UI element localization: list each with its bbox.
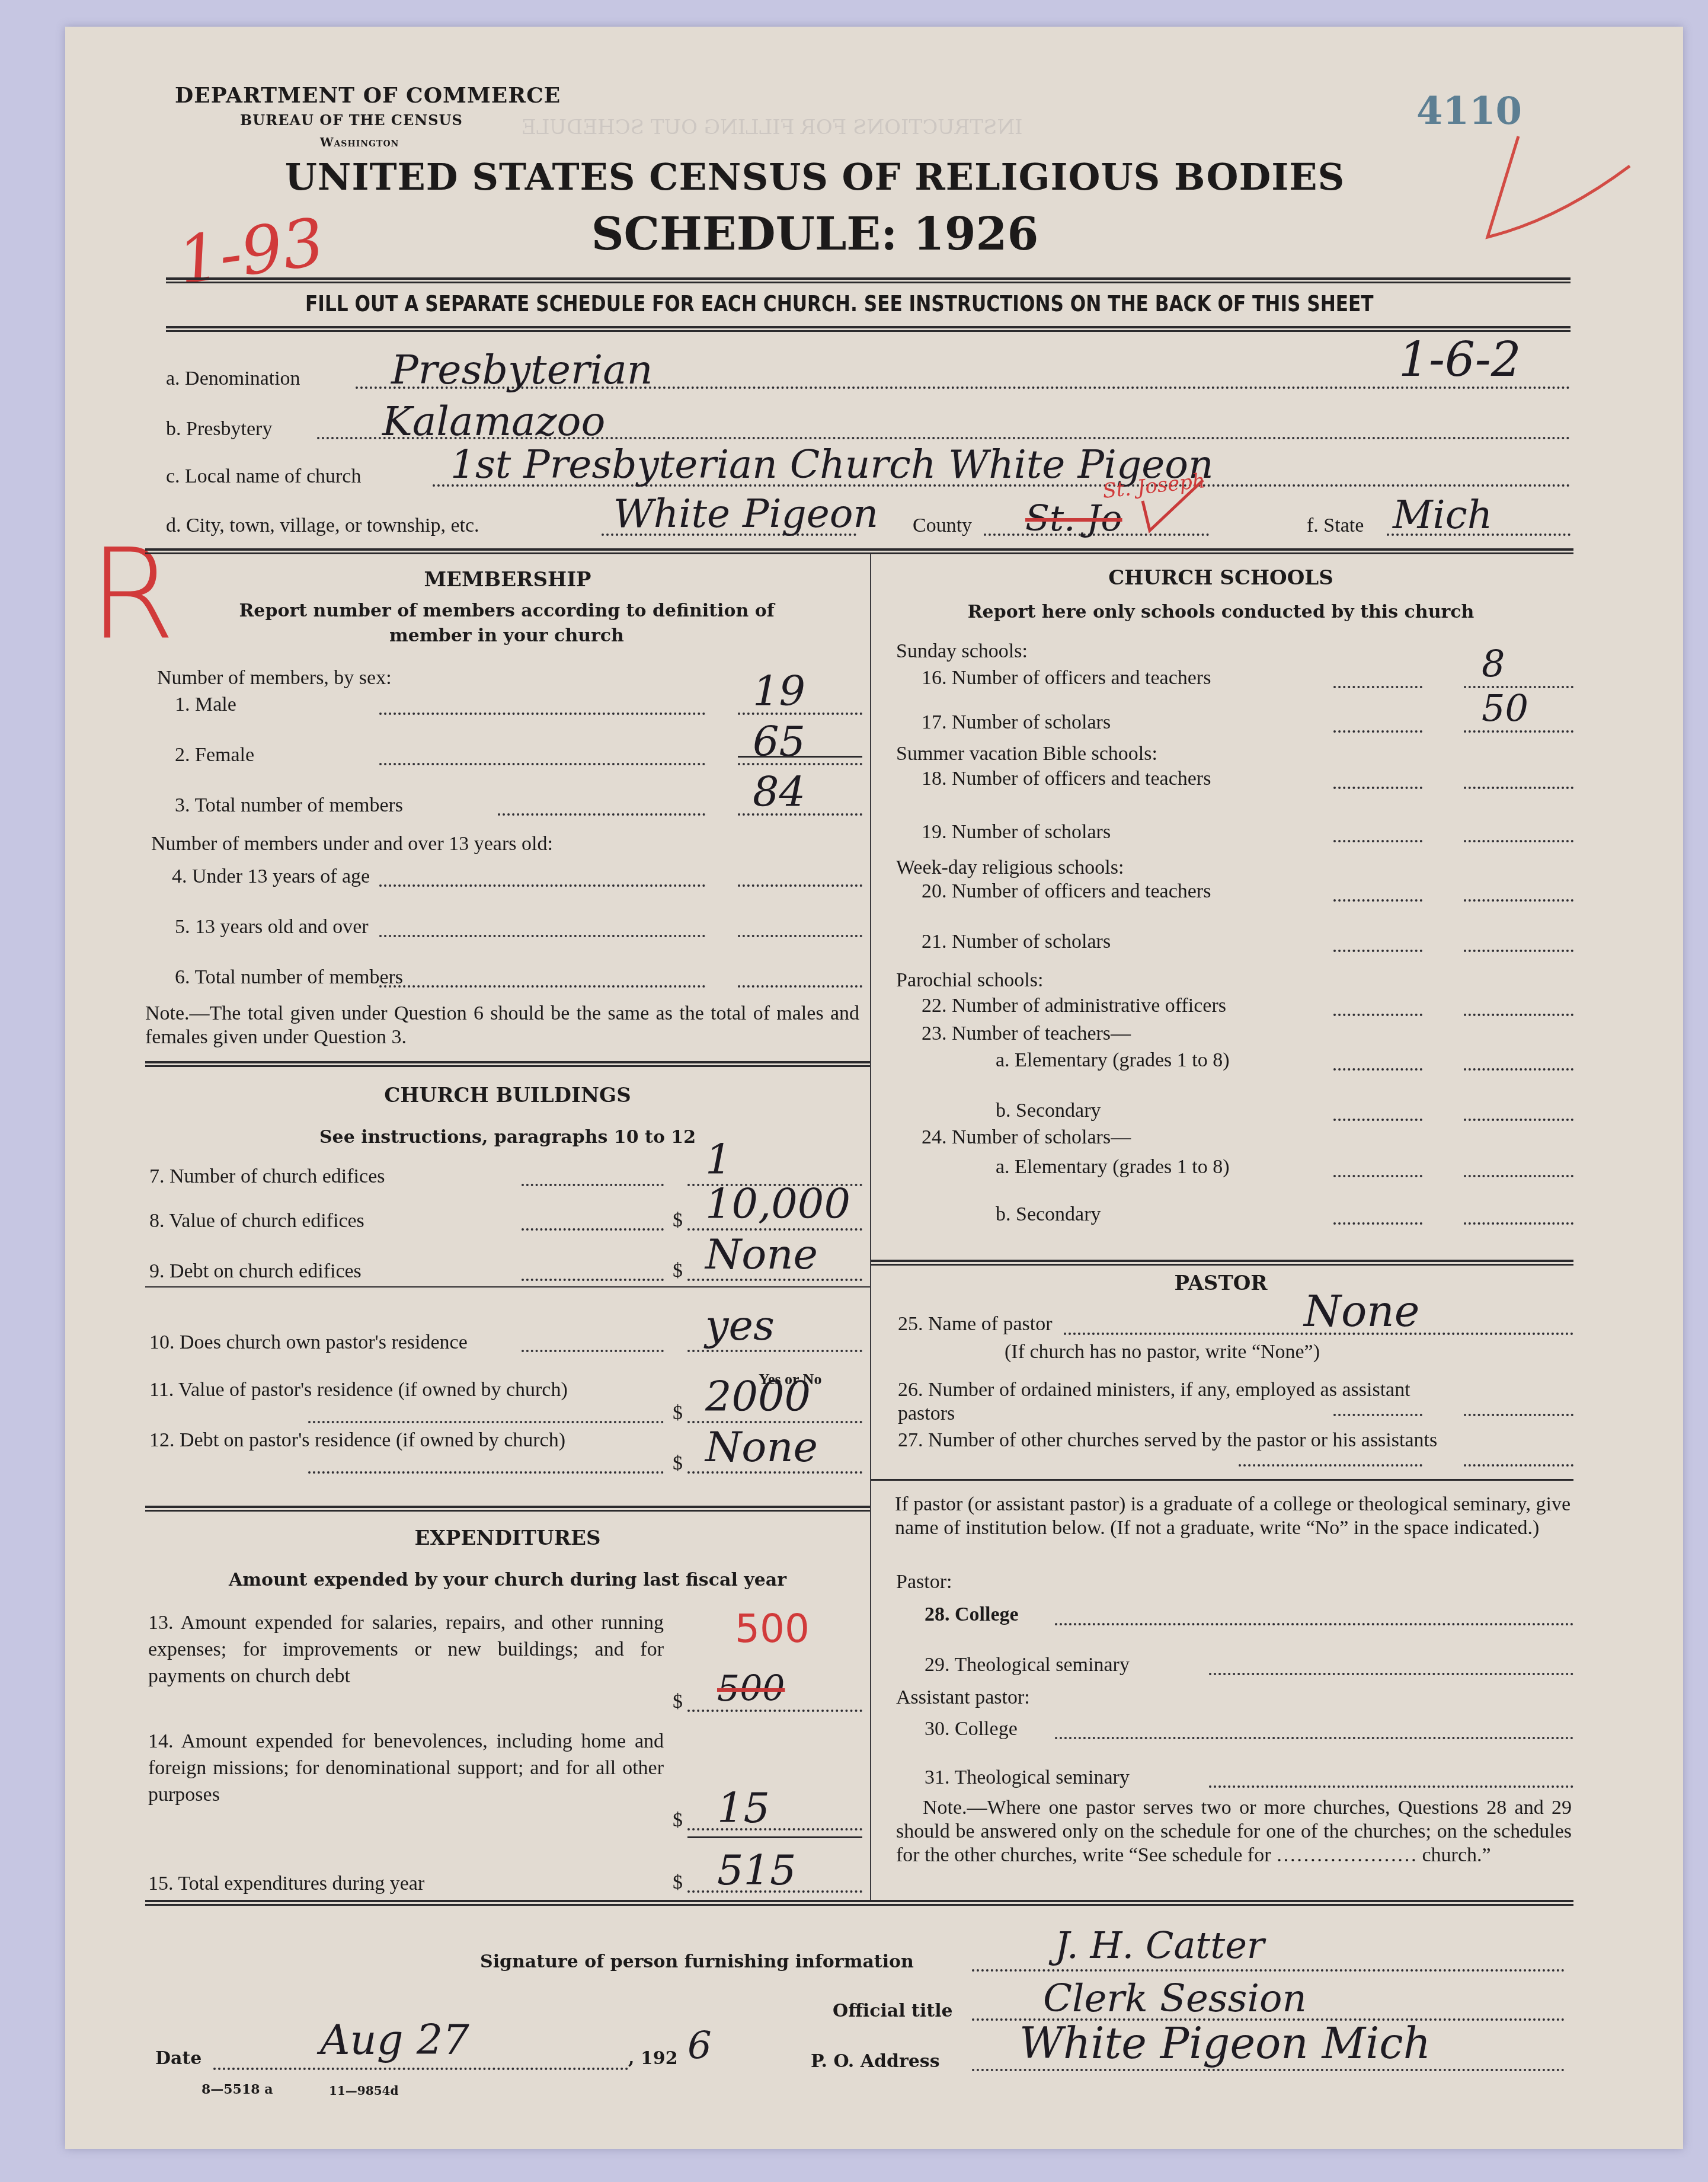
membership-row-label: 6. Total number of members: [175, 966, 403, 989]
by-sex-label: Number of members, by sex:: [157, 667, 392, 689]
po-address-field[interactable]: White Pigeon Mich: [1019, 2018, 1431, 2068]
school-row-label: 21. Number of scholars: [922, 931, 1111, 953]
city-label: d. City, town, village, or township, etc…: [166, 515, 479, 537]
red-checkmark-icon: [1138, 477, 1209, 536]
denomination-label: a. Denomination: [166, 368, 300, 390]
presbytery-label: b. Presbytery: [166, 418, 272, 440]
q28-field[interactable]: [1055, 1623, 1573, 1625]
membership-row-label: 1. Male: [175, 694, 236, 716]
bleed-through-text: INSTRUCTIONS FOR FILLING OUT SCHEDULE: [522, 116, 1023, 139]
buildings-heading: CHURCH BUILDINGS: [145, 1084, 870, 1107]
q31-label: 31. Theological seminary: [925, 1766, 1130, 1789]
building-value-field[interactable]: None: [705, 1230, 818, 1279]
department-name: DEPARTMENT OF COMMERCE: [175, 83, 561, 108]
schools-heading: CHURCH SCHOOLS: [871, 566, 1571, 590]
school-value-field[interactable]: 8: [1482, 642, 1505, 685]
dollar-sign: $: [673, 1871, 683, 1894]
q29-label: 29. Theological seminary: [925, 1654, 1130, 1676]
school-row-label: b. Secondary: [996, 1100, 1101, 1122]
year-prefix: , 192: [628, 2048, 678, 2069]
school-row-label: 24. Number of scholars—: [922, 1126, 1131, 1149]
q29-field[interactable]: [1209, 1673, 1573, 1675]
dollar-sign: $: [673, 1209, 683, 1232]
dollar-sign: $: [673, 1452, 683, 1475]
print-number: 11—9854d: [329, 2084, 398, 2098]
signature-field[interactable]: J. H. Catter: [1055, 1924, 1265, 1967]
building-row-label: 11. Value of pastor's residence (if owne…: [149, 1378, 665, 1402]
q30-field[interactable]: [1055, 1737, 1573, 1739]
by-age-label: Number of members under and over 13 year…: [151, 833, 553, 855]
yes-no-hint: Yes or No: [759, 1370, 821, 1388]
school-group-label: Week-day religious schools:: [896, 857, 1124, 879]
expenditures-heading: EXPENDITURES: [145, 1526, 870, 1550]
bureau-name: BUREAU OF THE CENSUS: [240, 111, 463, 129]
building-value-field[interactable]: yes: [705, 1301, 775, 1350]
pastor-name-hint: (If church has no pastor, write “None”): [1005, 1341, 1320, 1363]
membership-row-label: 2. Female: [175, 744, 254, 766]
school-row-label: a. Elementary (grades 1 to 8): [996, 1049, 1230, 1072]
membership-row-label: 4. Under 13 years of age: [172, 865, 370, 888]
school-value-field[interactable]: 50: [1482, 686, 1528, 730]
membership-note: Note.—The total given under Question 6 s…: [145, 1002, 859, 1049]
schedule-year: SCHEDULE: 1926: [533, 207, 1096, 260]
city-field[interactable]: White Pigeon: [613, 491, 878, 536]
q26-label: 26. Number of ordained ministers, if any…: [898, 1378, 1443, 1426]
buildings-subheading: See instructions, paragraphs 10 to 12: [145, 1125, 870, 1150]
bureau-city: Washington: [320, 135, 399, 149]
q31-field[interactable]: [1209, 1785, 1573, 1788]
official-title-field[interactable]: Clerk Session: [1043, 1977, 1307, 2021]
official-title-label: Official title: [833, 2001, 953, 2021]
membership-row-label: 5. 13 years old and over: [175, 916, 369, 938]
expenditure-value-field[interactable]: 15: [717, 1784, 770, 1832]
school-row-label: 20. Number of officers and teachers: [922, 880, 1211, 903]
expenditure-row-label: 14. Amount expended for benevolences, in…: [148, 1728, 664, 1808]
membership-value-field[interactable]: 19: [753, 667, 805, 715]
school-group-label: Parochial schools:: [896, 969, 1043, 992]
membership-heading: MEMBERSHIP: [145, 568, 870, 592]
school-row-label: 18. Number of officers and teachers: [922, 768, 1211, 790]
county-label: County: [913, 515, 972, 537]
school-row-label: 22. Number of administrative officers: [922, 995, 1226, 1017]
date-label: Date: [155, 2048, 201, 2069]
building-value-field[interactable]: None: [705, 1423, 818, 1471]
expenditure-value-field[interactable]: 500: [735, 1606, 810, 1651]
school-row-label: b. Secondary: [996, 1203, 1101, 1226]
pastor-name-field[interactable]: None: [1304, 1286, 1419, 1336]
pastor-heading: PASTOR: [871, 1271, 1571, 1295]
red-margin-mark: R: [89, 522, 175, 667]
expenditure-row-label: 15. Total expenditures during year: [148, 1870, 664, 1897]
assistant-label: Assistant pastor:: [896, 1686, 1030, 1709]
membership-value-field[interactable]: 65: [753, 717, 805, 766]
presbytery-field[interactable]: Kalamazoo: [382, 398, 605, 445]
school-group-label: Summer vacation Bible schools:: [896, 743, 1157, 765]
q27-label: 27. Number of other churches served by t…: [898, 1429, 1443, 1452]
school-group-label: Sunday schools:: [896, 640, 1028, 663]
county-field[interactable]: St. Jo: [1025, 498, 1122, 539]
building-value-field[interactable]: 1: [705, 1135, 732, 1184]
membership-value-field[interactable]: 84: [753, 768, 805, 816]
dollar-sign: $: [673, 1402, 683, 1424]
school-row-label: 23. Number of teachers—: [922, 1023, 1131, 1045]
building-value-field[interactable]: 10,000: [705, 1180, 850, 1228]
school-row-label: 17. Number of scholars: [922, 711, 1111, 734]
stamp-number: 4110: [1416, 89, 1522, 133]
instructions-banner: FILL OUT A SEPARATE SCHEDULE FOR EACH CH…: [305, 290, 1374, 317]
dollar-sign: $: [673, 1260, 683, 1282]
membership-subheading: Report number of members according to de…: [201, 599, 812, 648]
dollar-sign: $: [673, 1691, 683, 1713]
red-checkmark-icon: [1482, 130, 1636, 255]
pastor-note: Note.—Where one pastor serves two or mor…: [896, 1796, 1572, 1867]
school-row-label: 16. Number of officers and teachers: [922, 667, 1211, 689]
school-row-label: a. Elementary (grades 1 to 8): [996, 1156, 1230, 1178]
school-row-label: 19. Number of scholars: [922, 821, 1111, 844]
dollar-sign: $: [673, 1809, 683, 1832]
expenditure-value-field[interactable]: 515: [717, 1846, 797, 1895]
po-address-label: P. O. Address: [811, 2051, 940, 2072]
pastor-label: Pastor:: [896, 1571, 952, 1593]
code-annotation: 1-6-2: [1399, 332, 1521, 387]
date-field[interactable]: Aug 27: [320, 2015, 469, 2064]
form-number: 8—5518 a: [201, 2082, 273, 2097]
local-name-field[interactable]: 1st Presbyterian Church White Pigeon: [450, 442, 1213, 487]
state-label: f. State: [1307, 515, 1364, 537]
struck-value: 500: [717, 1668, 785, 1710]
q30-label: 30. College: [925, 1718, 1018, 1740]
education-intro: If pastor (or assistant pastor) is a gra…: [895, 1493, 1571, 1540]
form-title: UNITED STATES CENSUS OF RELIGIOUS BODIES: [237, 155, 1393, 199]
expenditure-row-label: 13. Amount expended for salaries, repair…: [148, 1609, 664, 1689]
year-digit-field[interactable]: 6: [687, 2024, 712, 2068]
signature-label: Signature of person furnishing informati…: [480, 1951, 914, 1972]
building-row-label: 12. Debt on pastor's residence (if owned…: [149, 1429, 665, 1452]
state-field[interactable]: Mich: [1393, 492, 1492, 538]
denomination-field[interactable]: Presbyterian: [391, 347, 653, 394]
q28-label: 28. College: [925, 1603, 1019, 1626]
schools-subheading: Report here only schools conducted by th…: [871, 600, 1571, 625]
pastor-name-label: 25. Name of pastor: [898, 1313, 1053, 1336]
expenditures-subheading: Amount expended by your church during la…: [145, 1568, 870, 1593]
local-name-label: c. Local name of church: [166, 465, 361, 488]
membership-row-label: 3. Total number of members: [175, 794, 403, 817]
